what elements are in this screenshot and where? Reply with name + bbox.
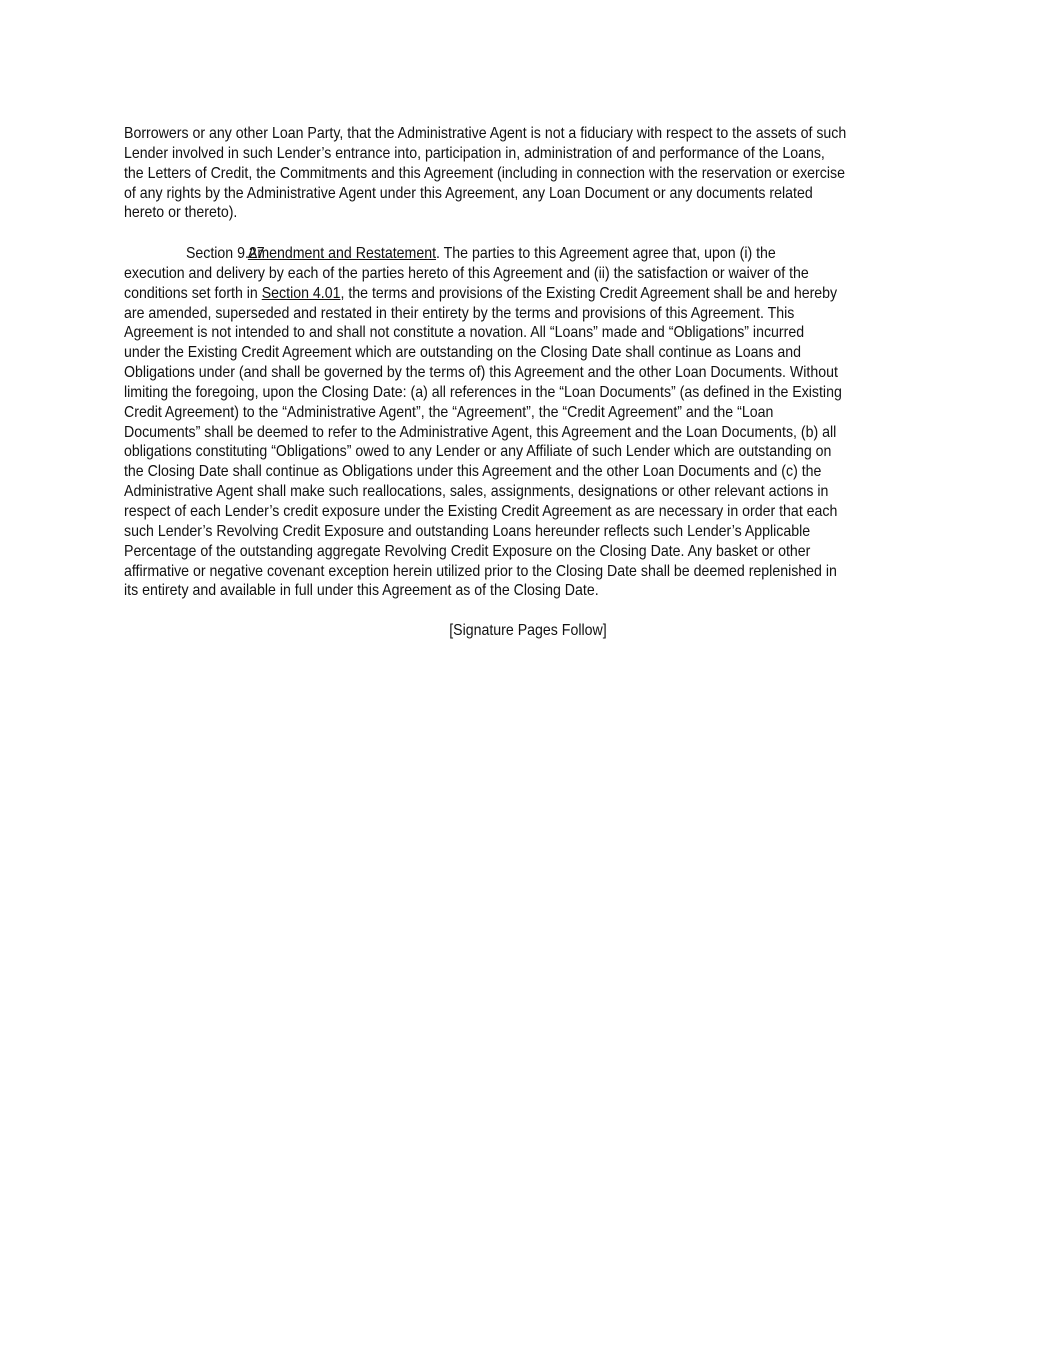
text-line: Agreement is not intended to and shall n… (124, 323, 934, 343)
section-9-27-paragraph: Section 9.27Amendment and Restatement. T… (124, 244, 934, 601)
text-line: such Lender’s Revolving Credit Exposure … (124, 522, 934, 542)
text-line: respect of each Lender’s credit exposure… (124, 502, 934, 522)
text-line: affirmative or negative covenant excepti… (124, 562, 934, 582)
text-line: Administrative Agent shall make such rea… (124, 482, 934, 502)
text-fragment: , the terms and provisions of the Existi… (340, 285, 837, 302)
text-line: limiting the foregoing, upon the Closing… (124, 383, 934, 403)
text-line: Obligations under (and shall be governed… (124, 363, 934, 383)
text-line: Percentage of the outstanding aggregate … (124, 542, 934, 562)
text-fragment: conditions set forth in (124, 285, 262, 302)
section-text: . The parties to this Agreement agree th… (436, 245, 776, 262)
text-line: Lender involved in such Lender’s entranc… (124, 144, 934, 164)
document-page: Borrowers or any other Loan Party, that … (0, 0, 1055, 1365)
text-line: conditions set forth in Section 4.01, th… (124, 284, 934, 304)
section-number: Section 9.27 (124, 244, 248, 264)
text-line: Borrowers or any other Loan Party, that … (124, 124, 934, 144)
text-line: Credit Agreement) to the “Administrative… (124, 403, 934, 423)
text-line: hereto or thereto). (124, 203, 934, 223)
text-line: Documents” shall be deemed to refer to t… (124, 423, 934, 443)
text-line: execution and delivery by each of the pa… (124, 264, 934, 284)
text-line: obligations constituting “Obligations” o… (124, 442, 934, 462)
text-line: under the Existing Credit Agreement whic… (124, 343, 934, 363)
signature-pages-text: [Signature Pages Follow] (449, 621, 606, 641)
section-heading-line: Section 9.27Amendment and Restatement. T… (124, 244, 934, 264)
text-line: the Closing Date shall continue as Oblig… (124, 462, 934, 482)
text-line: its entirety and available in full under… (124, 581, 934, 601)
text-line: of any rights by the Administrative Agen… (124, 184, 934, 204)
section-heading: Amendment and Restatement (248, 245, 436, 262)
section-4-01-reference: Section 4.01 (262, 285, 341, 302)
paragraph-continuation: Borrowers or any other Loan Party, that … (124, 124, 934, 223)
text-line: are amended, superseded and restated in … (124, 304, 934, 324)
text-line: the Letters of Credit, the Commitments a… (124, 164, 934, 184)
signature-pages-note: [Signature Pages Follow] (0, 621, 1055, 641)
